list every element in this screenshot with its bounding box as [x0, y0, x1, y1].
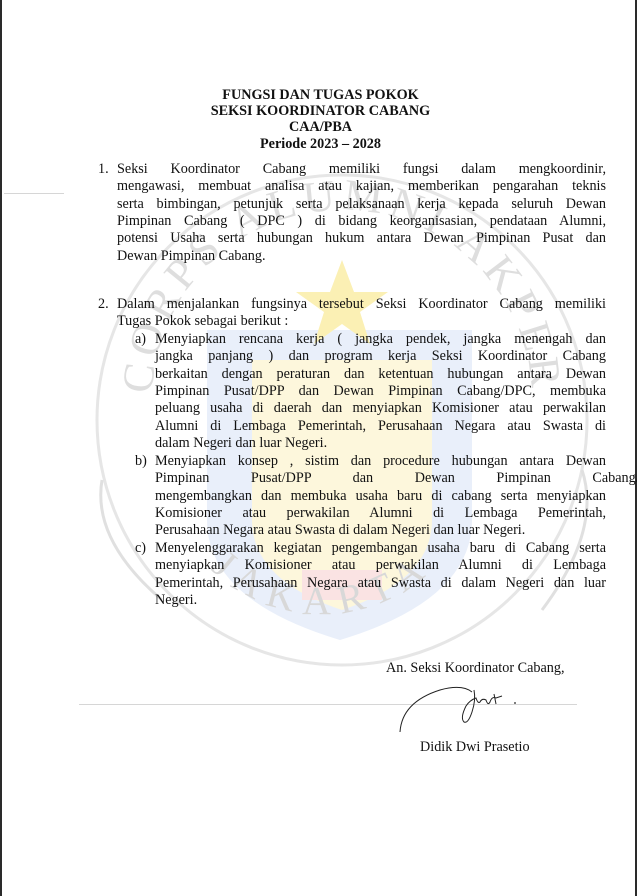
- title-line: FUNGSI DAN TUGAS POKOK: [2, 87, 637, 103]
- signature-on-behalf: An. Seksi Koordinator Cabang,: [386, 660, 565, 677]
- sub-item-text: Menyiapkan rencana kerja ( jangka pendek…: [155, 331, 606, 452]
- sub-item-text: Menyelenggarakan kegiatan pengembangan u…: [155, 540, 606, 609]
- sub-item-text: Menyiapkan konsep , sistim dan procedure…: [155, 453, 606, 540]
- list-item-1: 1. Seksi Koordinator Cabang memiliki fun…: [98, 161, 606, 265]
- sub-item-label: b): [135, 453, 147, 470]
- sub-item-a: a) Menyiapkan rencana kerja ( jangka pen…: [135, 331, 606, 452]
- title-line: Periode 2023 – 2028: [2, 136, 637, 152]
- sub-item-c: c) Menyelenggarakan kegiatan pengembanga…: [135, 540, 606, 609]
- list-item-text: Seksi Koordinator Cabang memiliki fungsi…: [117, 161, 606, 265]
- document-title: FUNGSI DAN TUGAS POKOK SEKSI KOORDINATOR…: [2, 87, 637, 152]
- signer-name: Didik Dwi Prasetio: [420, 739, 530, 756]
- list-number: 2.: [98, 296, 109, 313]
- list-item-text: Dalam menjalankan fungsinya tersebut Sek…: [117, 296, 606, 331]
- sub-item-label: c): [135, 540, 146, 557]
- signature-icon: [392, 680, 532, 740]
- divider-line-top: [4, 193, 64, 194]
- list-number: 1.: [98, 161, 109, 178]
- sub-item-label: a): [135, 331, 146, 348]
- sub-item-b: b) Menyiapkan konsep , sistim dan proced…: [135, 453, 606, 540]
- title-line: SEKSI KOORDINATOR CABANG: [2, 103, 637, 119]
- list-item-2: 2. Dalam menjalankan fungsinya tersebut …: [98, 296, 606, 331]
- document-page: CORPS ALUMNI AKPER JAKARTA FUNGSI DAN TU…: [0, 0, 637, 896]
- title-line: CAA/PBA: [2, 119, 637, 135]
